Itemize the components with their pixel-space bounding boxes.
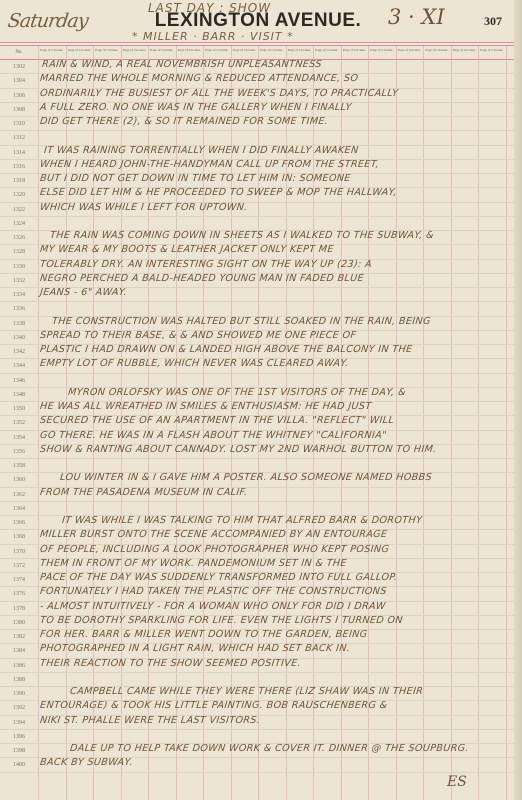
row-number: 1370 <box>0 545 38 559</box>
row-number: 1330 <box>0 260 38 274</box>
row-number: 1304 <box>0 74 38 88</box>
row-number: 1400 <box>0 758 38 772</box>
handwritten-line: jeans - 6" away. <box>39 286 128 300</box>
handwritten-line: It was raining torrentially when I did f… <box>43 144 359 158</box>
row-number: 1338 <box>0 317 38 331</box>
row-number: 1386 <box>0 659 38 673</box>
page-of-circular-column-header: Page of Circular. <box>423 46 451 59</box>
handwritten-line: Campbell came while they were there (Liz… <box>69 685 424 699</box>
handwritten-line: plastic I had drawn on & landed high abo… <box>39 343 413 357</box>
row-number: 1372 <box>0 559 38 573</box>
row-number: 1354 <box>0 431 38 445</box>
row-number: 1390 <box>0 687 38 701</box>
page-number: 307 <box>484 14 502 29</box>
page-header: Saturday LAST DAY : SHOW LEXINGTON AVENU… <box>0 0 522 44</box>
row-number: 1308 <box>0 103 38 117</box>
row-number: 1360 <box>0 473 38 487</box>
row-number: 1344 <box>0 359 38 373</box>
handwritten-day: Saturday <box>6 10 89 32</box>
handwritten-line: spread to their base, & & and showed me … <box>39 329 357 343</box>
page-of-circular-column-header: Page of Circular. <box>396 46 424 59</box>
row-number: 1394 <box>0 716 38 730</box>
handwritten-line: photographed in a light rain, which had … <box>39 642 351 656</box>
handwritten-line: empty lot of rubble, which never was cle… <box>39 357 349 371</box>
handwritten-line: marred the whole morning & reduced atten… <box>39 72 359 86</box>
handwritten-line: The rain was coming down in sheets as I … <box>49 229 434 243</box>
handwritten-line: It was while I was talking to him that A… <box>61 514 423 528</box>
row-number: 1324 <box>0 217 38 231</box>
handwritten-line: Myron Orlofsky was one of the 1st visito… <box>67 386 406 400</box>
page-of-circular-column-header: Page of Circular. <box>451 46 479 59</box>
number-column-header: No. <box>0 46 38 59</box>
row-number: 1378 <box>0 602 38 616</box>
handwritten-line: Lou Winter in & I gave him a poster. Als… <box>59 471 432 485</box>
handwritten-line: them in front of my work. Pandemonium se… <box>39 557 347 571</box>
row-number: 1356 <box>0 445 38 459</box>
row-number: 1368 <box>0 530 38 544</box>
row-number: 1312 <box>0 131 38 145</box>
row-number: 1392 <box>0 701 38 715</box>
handwritten-line: when I heard John-the-handyman call up f… <box>39 158 380 172</box>
handwritten-line: - almost intuitively - for a woman who o… <box>39 600 386 614</box>
row-number: 1316 <box>0 160 38 174</box>
handwritten-line: he was all wreathed in smiles & enthusia… <box>39 400 372 414</box>
handwritten-line: The construction was halted but still so… <box>51 315 431 329</box>
row-number: 1342 <box>0 345 38 359</box>
row-number: 1380 <box>0 616 38 630</box>
handwritten-line: a full zero. No one was in the gallery w… <box>39 101 352 115</box>
handwritten-line: for her. Barr & Miller went down to the … <box>39 628 368 642</box>
row-number: 1396 <box>0 730 38 744</box>
handwritten-line: Negro perched a bald-headed young man in… <box>39 272 364 286</box>
handwritten-line: ordinarily the busiest of all the week's… <box>39 87 399 101</box>
row-number: 1384 <box>0 644 38 658</box>
row-number: 1328 <box>0 245 38 259</box>
handwritten-line: Dale up to help take down work & cover i… <box>69 742 469 756</box>
row-number: 1340 <box>0 331 38 345</box>
row-number: 1346 <box>0 374 38 388</box>
handwritten-line: my wear & my boots & leather jacket only… <box>39 243 334 257</box>
signature-initials: ES <box>447 774 467 790</box>
row-number: 1332 <box>0 274 38 288</box>
row-number: 1310 <box>0 117 38 131</box>
row-number: 1352 <box>0 416 38 430</box>
handwritten-line: which was while I left for uptown. <box>39 201 248 215</box>
handwritten-line: did get there (2), & so it remained for … <box>39 115 329 129</box>
handwritten-date: 3 · XI <box>388 5 445 29</box>
row-number: 1362 <box>0 488 38 502</box>
handwritten-line: Back by subway. <box>39 756 133 770</box>
page-of-circular-column-header: Page of Circular. <box>478 46 506 59</box>
handwritten-line: tolerably dry. An interesting sight on t… <box>39 258 372 272</box>
header-rule <box>0 42 514 43</box>
row-number: 1306 <box>0 89 38 103</box>
row-number: 1320 <box>0 188 38 202</box>
row-number: 1374 <box>0 573 38 587</box>
row-number: 1382 <box>0 630 38 644</box>
handwritten-line: but I did not get down in time to let hi… <box>39 172 351 186</box>
row-number: 1364 <box>0 502 38 516</box>
row-number: 1302 <box>0 60 38 74</box>
handwritten-line: of people, including a LOOK photographer… <box>39 543 390 557</box>
handwritten-line: Niki St. Phalle were the last visitors. <box>39 714 261 728</box>
handwritten-line: Their reaction to the show seemed positi… <box>39 657 301 671</box>
ledger-page: Saturday LAST DAY : SHOW LEXINGTON AVENU… <box>0 0 522 800</box>
handwritten-line: show & ranting about Cannady. Lost my 2n… <box>39 443 437 457</box>
row-number: 1318 <box>0 174 38 188</box>
row-number: 1398 <box>0 744 38 758</box>
row-number: 1322 <box>0 203 38 217</box>
handwritten-line: from the Pasadena Museum in Calif. <box>39 486 248 500</box>
page-of-circular-column-header: Page of Circular. <box>368 46 396 59</box>
row-number: 1336 <box>0 302 38 316</box>
handwritten-line: secured the use of an apartment in the v… <box>39 414 394 428</box>
handwritten-line: go there. He was in a flash about the Wh… <box>39 429 387 443</box>
printed-title: LEXINGTON AVENUE. <box>138 10 378 32</box>
row-number: 1366 <box>0 516 38 530</box>
handwritten-line: Fortunately I had taken the plastic off … <box>39 585 387 599</box>
row-number: 1314 <box>0 146 38 160</box>
row-number: 1334 <box>0 288 38 302</box>
row-number: 1348 <box>0 388 38 402</box>
handwritten-line: pace of the day was suddenly transformed… <box>39 571 398 585</box>
handwritten-line: Rain & wind, a real Novembrish unpleasan… <box>41 58 322 72</box>
row-number: 1376 <box>0 587 38 601</box>
handwritten-line: to be Dorothy sparkling for life. Even t… <box>39 614 403 628</box>
row-number: 1388 <box>0 673 38 687</box>
handwritten-line: entourage) & took his little painting. B… <box>39 699 388 713</box>
handwritten-line: else did let him & he proceeded to sweep… <box>39 186 397 200</box>
row-number: 1358 <box>0 459 38 473</box>
handwritten-line: Miller burst onto the scene accompanied … <box>39 528 388 542</box>
page-of-circular-column-header: Page of Circular. <box>341 46 369 59</box>
row-number: 1326 <box>0 231 38 245</box>
row-number: 1350 <box>0 402 38 416</box>
